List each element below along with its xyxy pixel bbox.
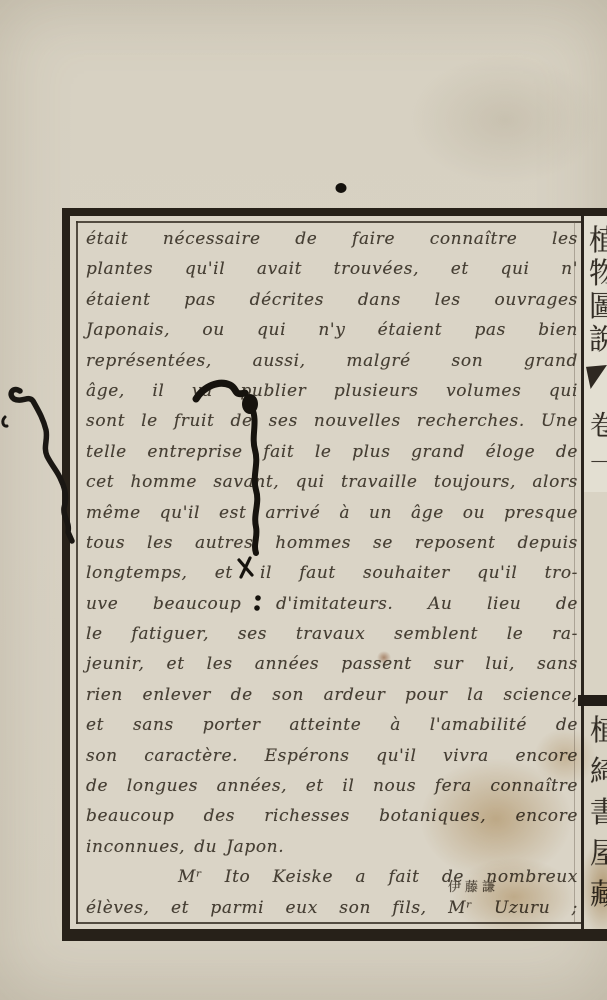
ink-dot (336, 183, 347, 193)
manuscript-line: uve beaucoup d'imitateurs. Au lieu de (86, 589, 578, 619)
adjacent-colophon-char: 綺 (590, 755, 607, 788)
manuscript-line: Japonais, ou qui n'y étaient pas bien (86, 315, 578, 345)
manuscript-line: jeunir, et les années passent sur lui, s… (86, 649, 578, 679)
adjacent-colophon-char: 藏 (590, 878, 607, 911)
manuscript-line: le fatiguer, ses travaux semblent le ra- (86, 619, 578, 649)
manuscript-line: représentées, aussi, malgré son grand (86, 346, 578, 376)
manuscript-line: tous les autres hommes se reposent depui… (86, 528, 578, 558)
manuscript-line: Mʳ Ito Keiske a fait de nombreux (86, 862, 578, 892)
manuscript-line: rien enlever de son ardeur pour la scien… (86, 680, 578, 710)
manuscript-line: de longues années, et il nous fera conna… (86, 771, 578, 801)
manuscript-line: son caractère. Espérons qu'il vivra enco… (86, 741, 578, 771)
manuscript-line: beaucoup des richesses botaniques, encor… (86, 801, 578, 831)
adjacent-colophon-char: 書 (590, 796, 607, 829)
adjacent-colophon-char: 植 (590, 714, 607, 747)
colophon-band (578, 695, 607, 706)
frame-rule-left (76, 221, 78, 924)
manuscript-line: plantes qu'il avait trouvées, et qui n' (86, 254, 578, 284)
adjacent-colophon-char: 屋 (590, 837, 607, 870)
adjacent-volume-char: 一 (590, 448, 607, 481)
frame-border-top (62, 208, 607, 216)
manuscript-line: cet homme savant, qui travaille toujours… (86, 467, 578, 497)
frame-rule-right (581, 216, 584, 929)
manuscript-line: sont le fruit de ses nouvelles recherche… (86, 406, 578, 436)
frame-border-bottom (62, 929, 607, 941)
manuscript-line: était nécessaire de faire connaître les (86, 224, 578, 254)
manuscript-line: inconnues, du Japon. (86, 832, 578, 862)
adjacent-volume-char: 卷 (590, 410, 607, 443)
manuscript-line: étaient pas décrites dans les ouvrages (86, 285, 578, 315)
manuscript-line: et sans porter atteinte à l'amabilité de (86, 710, 578, 740)
manuscript-page-photo: était nécessaire de faire connaître les … (0, 0, 607, 1000)
adjacent-title-char: 物 (589, 257, 607, 290)
frame-rule-top (76, 221, 583, 223)
manuscript-line: longtemps, et il faut souhaiter qu'il tr… (86, 558, 578, 588)
adjacent-title-char: 說 (589, 323, 607, 356)
manuscript-line: élèves, et parmi eux son fils, Mʳ Uzuru … (86, 893, 578, 923)
frame-border-left (62, 208, 70, 941)
kanji-name-annotation: 伊藤謙 (448, 880, 499, 895)
manuscript-line: âge, il va publier plusieurs volumes qui (86, 376, 578, 406)
adjacent-title-char: 植 (589, 224, 607, 257)
adjacent-title-char: 圖 (589, 290, 607, 323)
ink-squiggle-tick (3, 417, 7, 426)
manuscript-text: était nécessaire de faire connaître les … (86, 224, 578, 923)
stain (410, 55, 600, 185)
manuscript-line: telle entreprise fait le plus grand élog… (86, 437, 578, 467)
manuscript-line: même qu'il est arrivé à un âge ou presqu… (86, 498, 578, 528)
